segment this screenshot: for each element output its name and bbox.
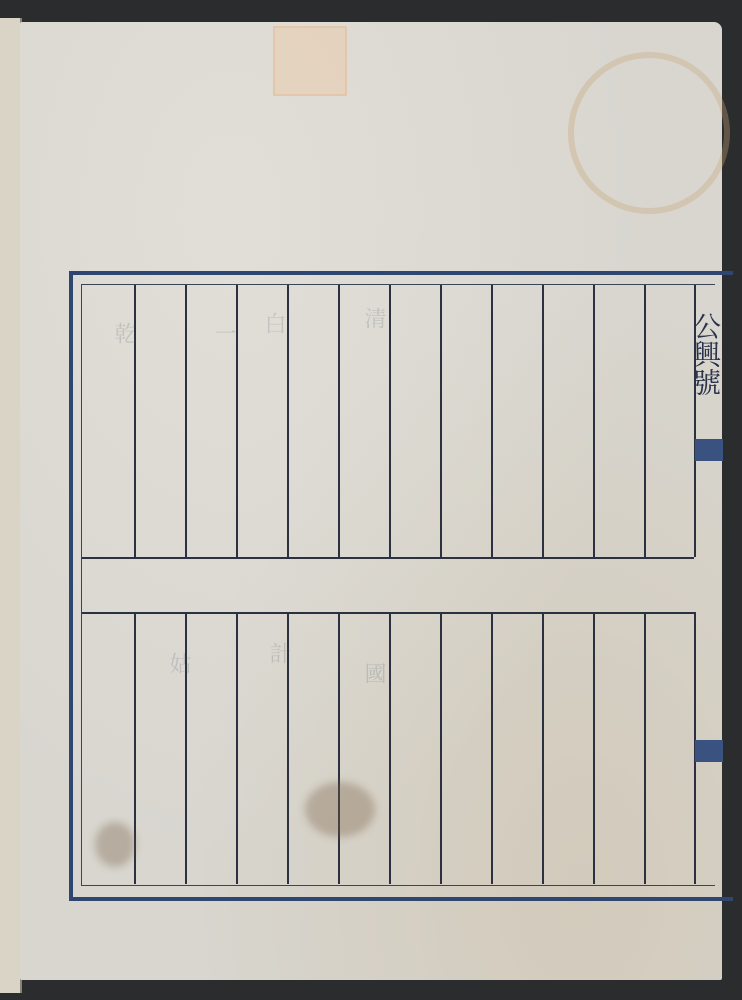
column-rule-upper — [440, 285, 442, 557]
bleed-text: 姑 — [165, 652, 191, 674]
column-rule-lower — [440, 612, 442, 884]
bleed-text: 計 — [265, 642, 291, 664]
lower-register-top-line — [82, 612, 694, 614]
margin-title: 公興號 — [698, 312, 722, 396]
fish-tail-mark-lower — [695, 740, 723, 762]
column-rule-lower — [338, 612, 340, 884]
column-rule-lower — [236, 612, 238, 884]
bleed-text: 國 — [360, 662, 386, 684]
column-rule-lower — [389, 612, 391, 884]
column-rule-upper — [593, 285, 595, 557]
column-rule-upper — [185, 285, 187, 557]
inner-frame — [81, 284, 715, 886]
ink-smudge — [95, 822, 135, 867]
bleed-text: 清 — [360, 307, 386, 329]
fish-tail-mark-upper — [695, 439, 723, 461]
column-rule-lower — [593, 612, 595, 884]
bleed-text: 白 — [260, 312, 286, 334]
column-rule-upper — [236, 285, 238, 557]
water-stain — [568, 52, 730, 214]
column-rule-upper — [491, 285, 493, 557]
column-rule-lower — [644, 612, 646, 884]
column-rule-lower — [542, 612, 544, 884]
column-rule-upper — [287, 285, 289, 557]
column-rule-upper — [389, 285, 391, 557]
bleed-text: 一 — [210, 322, 236, 344]
column-rule-upper — [338, 285, 340, 557]
column-rule-lower — [491, 612, 493, 884]
column-rule-upper — [644, 285, 646, 557]
left-page-edge — [0, 18, 22, 993]
seal-stamp — [273, 26, 347, 96]
bleed-text: 乾 — [110, 322, 136, 344]
book-page: 公興號 清 白 一 乾 計 姑 國 — [20, 22, 722, 980]
column-rule-upper — [542, 285, 544, 557]
upper-register-bottom-line — [82, 557, 694, 559]
ink-smudge — [305, 782, 375, 837]
